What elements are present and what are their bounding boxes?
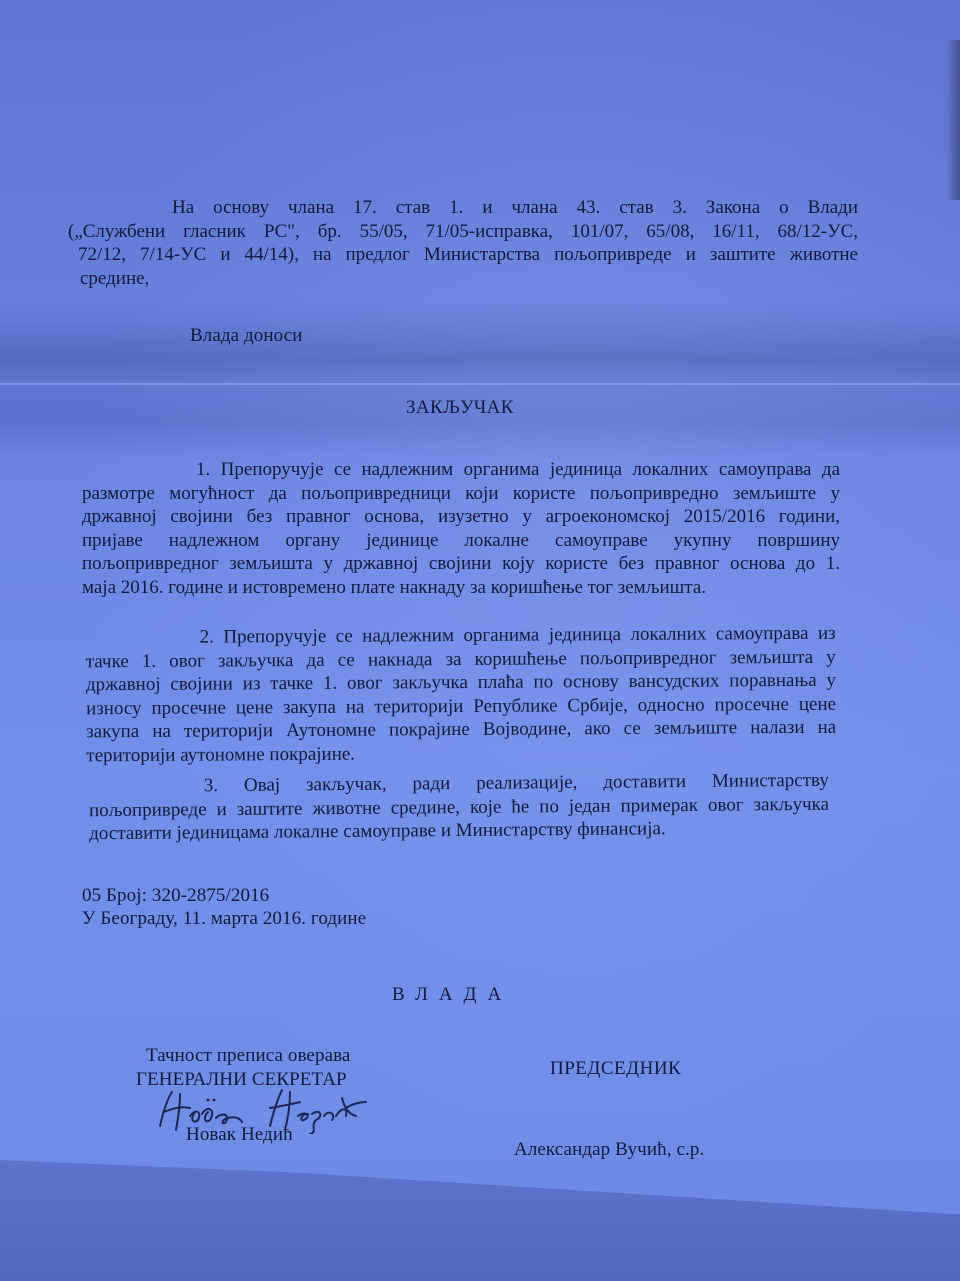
preamble-paragraph: На основу члана 17. став 1. и члана 43. … <box>68 196 858 290</box>
preamble-line: („Службени гласник РС", бр. 55/05, 71/05… <box>68 220 858 244</box>
point-1-paragraph: 1. Препоручује се надлежним органима јед… <box>82 458 840 599</box>
point-1-line: маја 2016. године и истовремено плате на… <box>82 576 840 600</box>
paper-fold-line <box>0 383 960 385</box>
preamble-line: 72/12, 7/14-УС и 44/14), на предлог Мини… <box>68 243 858 267</box>
government-brings-text: Влада доноси <box>190 324 303 348</box>
certification-label: Тачност преписа оверава <box>146 1044 350 1068</box>
point-1-line: пољопривредног земљишта у државној своји… <box>82 552 840 576</box>
document-number: 05 Број: 320-2875/2016 <box>82 884 269 908</box>
document-title: ЗАКЉУЧАК <box>406 396 514 420</box>
point-1-line: 1. Препоручује се надлежним органима јед… <box>82 458 840 482</box>
president-name: Александар Вучић, с.р. <box>514 1138 704 1162</box>
point-2-paragraph: 2. Препоручује се надлежним органима јед… <box>86 622 837 768</box>
point-2-line: закупа на територији Аутономне покрајине… <box>86 716 836 744</box>
point-1-line: пријаве надлежном органу јединице локалн… <box>82 529 840 553</box>
preamble-line: На основу члана 17. став 1. и члана 43. … <box>68 196 858 220</box>
preamble-line: средине, <box>68 267 858 291</box>
government-heading: ВЛАДА <box>392 983 512 1007</box>
secretary-name: Новак Недић <box>186 1123 293 1147</box>
point-1-line: размотре могућност да пољопривредници ко… <box>82 482 840 506</box>
document-date: У Београду, 11. марта 2016. године <box>82 907 366 931</box>
point-3-paragraph: 3. Овај закључак, ради реализације, дост… <box>89 769 830 846</box>
president-title: ПРЕДСЕДНИК <box>550 1057 681 1081</box>
point-1-line: државној својини без правног основа, изу… <box>82 505 840 529</box>
paper-fold-shadow <box>0 300 960 385</box>
paper-edge-shadow <box>946 40 960 200</box>
point-2-line: територији аутономне покрајине. <box>86 739 836 767</box>
